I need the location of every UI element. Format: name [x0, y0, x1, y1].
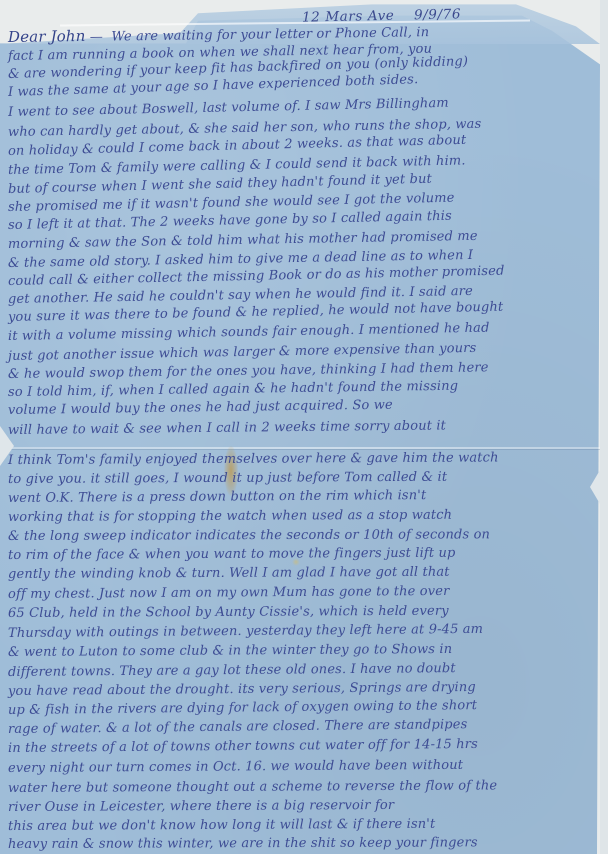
- letter-line: to rim of the face & when you want to mo…: [8, 545, 456, 565]
- letter-line: river Ouse in Leicester, where there is …: [8, 797, 394, 817]
- letter-line: heavy rain & snow this winter, we are in…: [8, 834, 478, 854]
- letter-line: gently the winding knob & turn. Well I a…: [8, 564, 450, 584]
- scan-margin: [600, 0, 608, 854]
- salutation: Dear John: [8, 27, 86, 46]
- letter-date: 9/9/76: [414, 6, 461, 23]
- letter-line: & the long sweep indicator indicates the…: [8, 526, 490, 546]
- letter-line: working that is for stopping the watch w…: [8, 507, 452, 527]
- letter-line: & went to Luton to some club & in the wi…: [8, 641, 452, 662]
- letter-line: this area but we don't know how long it …: [8, 816, 435, 836]
- letter-line: off my chest. Just now I am on my own Mu…: [8, 583, 450, 604]
- fold-line: [0, 447, 600, 449]
- letter-line: water here but someone thought out a sch…: [8, 777, 497, 798]
- letter-line: every night our turn comes in Oct. 16. w…: [8, 757, 463, 778]
- letter-line: to give you. it still goes, I wound it u…: [8, 469, 447, 489]
- letter-line: went O.K. There is a press down button o…: [8, 487, 426, 508]
- letter-line: I think Tom's family enjoyed themselves …: [8, 449, 499, 470]
- letter-line: 65 Club, held in the School by Aunty Cis…: [8, 603, 449, 623]
